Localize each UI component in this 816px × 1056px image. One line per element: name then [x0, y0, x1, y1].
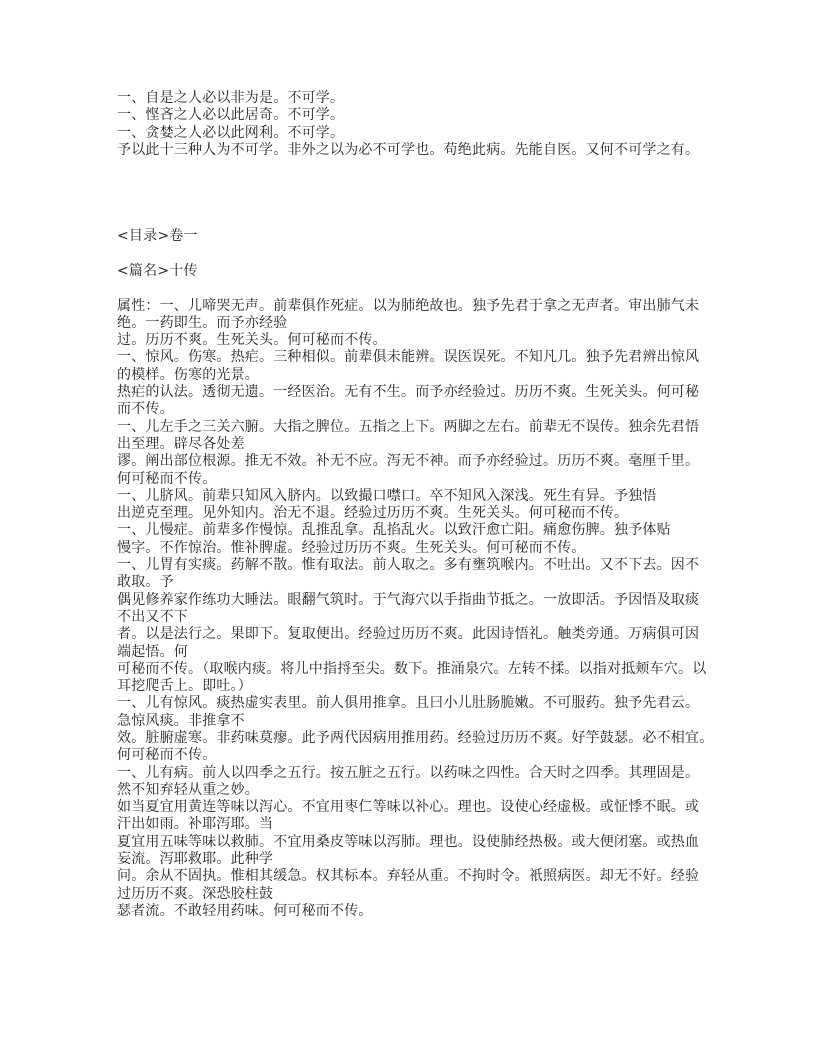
text-line: <目录>卷一: [117, 228, 737, 245]
text-line: 妄流。泻耶救耶。此种学: [117, 851, 737, 868]
text-line: 者。以是法行之。果即下。复取便出。经验过历历不爽。此因诗悟礼。触类旁通。万病俱可…: [117, 626, 737, 643]
text-line: 急惊风痰。非推拿不: [117, 713, 737, 730]
text-line: 端起悟。何: [117, 644, 737, 661]
text-line: 谬。阐出部位根源。推无不效。补无不应。泻无不神。而予亦经验过。历历不爽。毫厘千里…: [117, 453, 737, 470]
text-line: 的模样。伤寒的光景。: [117, 367, 737, 384]
text-line: 一、儿脐风。前辈只知风入脐内。以致撮口噤口。卒不知风入深浅。死生有异。予独悟: [117, 488, 737, 505]
text-line: 然不知弃轻从重之妙。: [117, 782, 737, 799]
text-line: [117, 211, 737, 228]
text-line: 一、自是之人必以非为是。不可学。: [117, 90, 737, 107]
text-line: [117, 246, 737, 263]
text-line: 一、悭吝之人必以此居奇。不可学。: [117, 107, 737, 124]
text-line: 一、儿左手之三关六腑。大指之脾位。五指之上下。两脚之左右。前辈无不误传。独余先君…: [117, 419, 737, 436]
text-line: 出至理。辟尽各处差: [117, 436, 737, 453]
text-line: 属性：一、儿啼哭无声。前辈俱作死症。以为肺绝故也。独予先君于拿之无声者。审出肺气…: [117, 298, 737, 315]
text-line: [117, 176, 737, 193]
text-line: 慢字。不作惊治。惟补脾虚。经验过历历不爽。生死关头。何可秘而不传。: [117, 540, 737, 557]
text-line: 敢取。予: [117, 574, 737, 591]
text-line: 出逆克至理。见外知内。治无不退。经验过历历不爽。生死关头。何可秘而不传。: [117, 505, 737, 522]
text-line: 何可秘而不传。: [117, 747, 737, 764]
text-line: 一、儿有病。前人以四季之五行。按五脏之五行。以药味之四性。合天时之四季。其理固是…: [117, 765, 737, 782]
text-line: 一、儿胃有实痰。药解不散。惟有取法。前人取之。多有壅筑喉内。不吐出。又不下去。因…: [117, 557, 737, 574]
text-line: 可秘而不传。（取喉内痰。将儿中指捋至尖。数下。推涌泉穴。左转不揉。以指对抵颊车穴…: [117, 661, 737, 678]
text-line: 不出又不下: [117, 609, 737, 626]
text-line: 热疟的认法。透彻无遗。一经医治。无有不生。而予亦经验过。历历不爽。生死关头。何可…: [117, 384, 737, 401]
text-line: 一、儿有惊风。痰热虚实表里。前人俱用推拿。且曰小儿肚肠脆嫩。不可服药。独予先君云…: [117, 695, 737, 712]
text-line: <篇名>十传: [117, 263, 737, 280]
text-line: 耳挖爬舌上。即吐。）: [117, 678, 737, 695]
text-line: 问。余从不固执。惟相其缓急。权其标本。弃轻从重。不拘时令。衹照病医。却无不好。经…: [117, 868, 737, 885]
text-line: [117, 159, 737, 176]
document-text-body: 一、自是之人必以非为是。不可学。一、悭吝之人必以此居奇。不可学。一、贪婪之人必以…: [117, 90, 737, 920]
text-line: 何可秘而不传。: [117, 471, 737, 488]
text-line: 汗出如雨。补耶泻耶。当: [117, 816, 737, 833]
text-line: [117, 280, 737, 297]
text-line: 瑟者流。不敢轻用药味。何可秘而不传。: [117, 903, 737, 920]
text-line: 一、贪婪之人必以此网利。不可学。: [117, 125, 737, 142]
text-line: 绝。一药即生。而予亦经验: [117, 315, 737, 332]
text-line: 一、惊风。伤寒。热疟。三种相似。前辈俱未能辨。误医误死。不知凡几。独予先君辨出惊…: [117, 349, 737, 366]
text-line: 予以此十三种人为不可学。非外之以为必不可学也。苟绝此病。先能自医。又何不可学之有…: [117, 142, 737, 159]
text-line: 如当夏宜用黄连等味以泻心。不宜用枣仁等味以补心。理也。设使心经虚极。或怔悸不眠。…: [117, 799, 737, 816]
text-line: 过历历不爽。深恐胶柱鼓: [117, 886, 737, 903]
text-line: 过。历历不爽。生死关头。何可秘而不传。: [117, 332, 737, 349]
text-line: 一、儿慢症。前辈多作慢惊。乱推乱拿。乱掐乱火。以致汗愈亡阳。痛愈伤脾。独予体贴: [117, 522, 737, 539]
text-line: 偶见修养家作练功大睡法。眼翻气筑时。于气海穴以手指曲节抵之。一放即活。予因悟及取…: [117, 592, 737, 609]
text-line: [117, 194, 737, 211]
text-line: 效。脏腑虚寒。非药味莫瘳。此予两代因病用推用药。经验过历历不爽。好竽鼓瑟。必不相…: [117, 730, 737, 747]
document-page: 一、自是之人必以非为是。不可学。一、悭吝之人必以此居奇。不可学。一、贪婪之人必以…: [0, 0, 816, 1056]
text-line: 夏宜用五味等味以救肺。不宜用桑皮等味以泻肺。理也。设使肺经热极。或大便闭塞。或热…: [117, 834, 737, 851]
text-line: 而不传。: [117, 401, 737, 418]
